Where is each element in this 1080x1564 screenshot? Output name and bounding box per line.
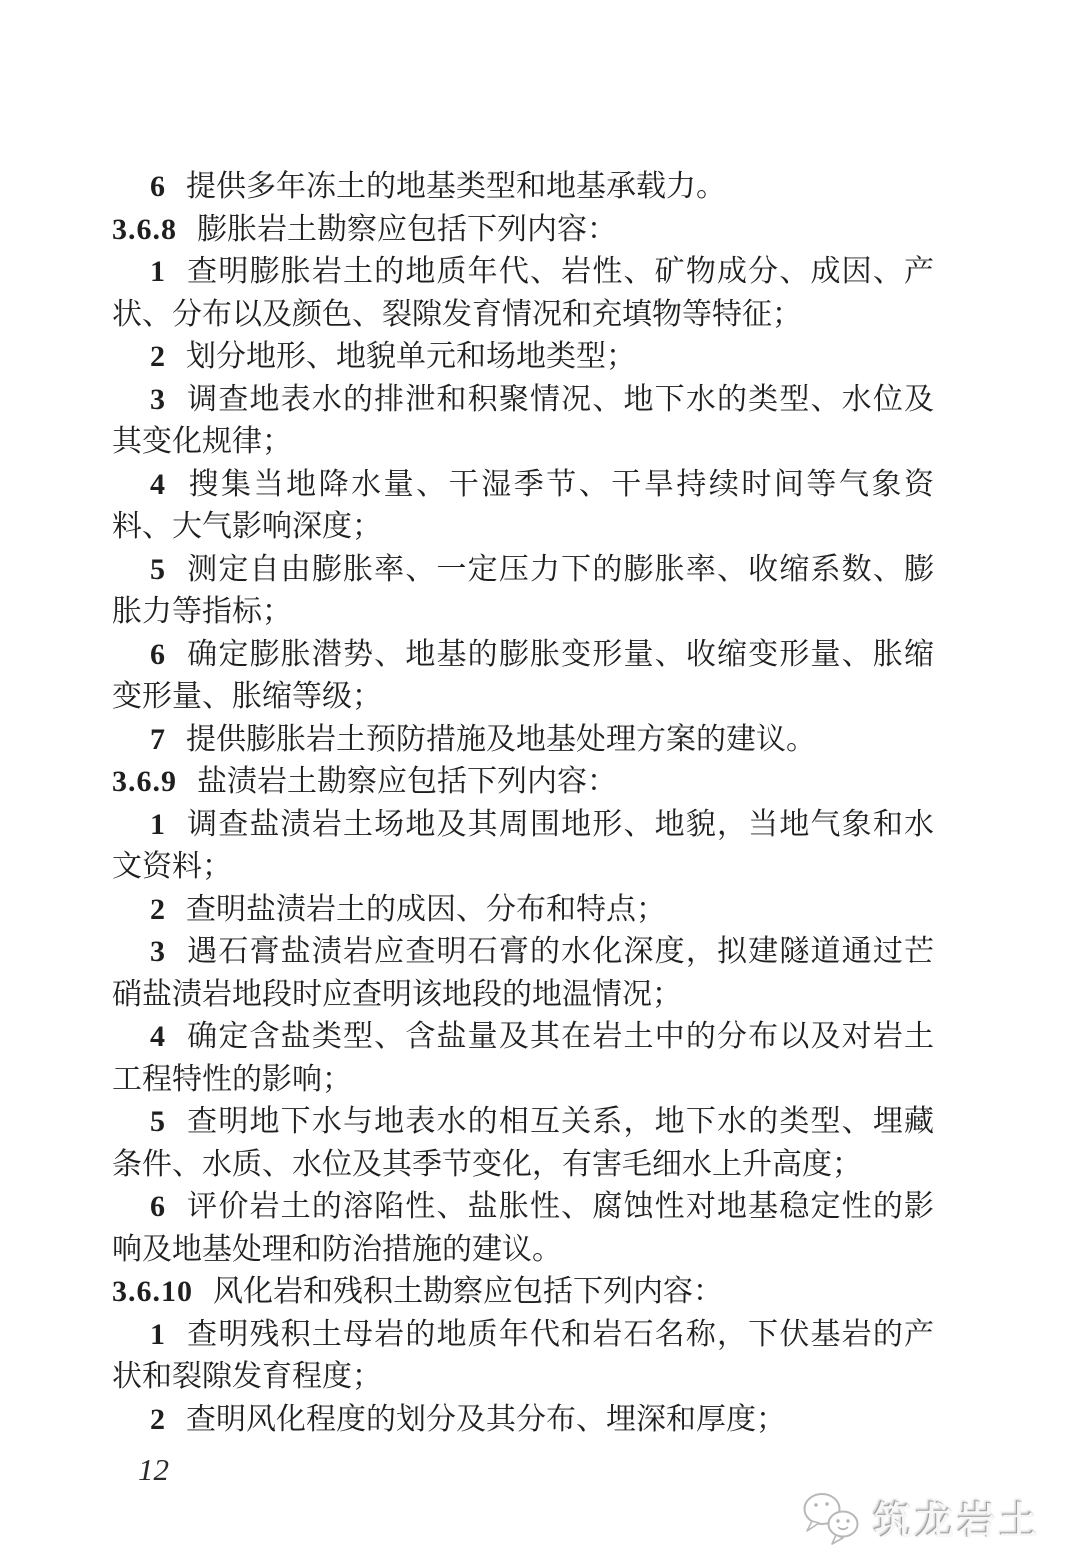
list-item: 2划分地形、地貌单元和场地类型； xyxy=(112,336,934,379)
item-number: 6 xyxy=(150,1190,166,1223)
page-number: 12 xyxy=(138,1452,169,1488)
watermark: 筑龙岩土 xyxy=(798,1488,1042,1546)
paragraph-text: 确定膨胀潜势、地基的膨胀变形量、收缩变形量、胀缩变形量、胀缩等级； xyxy=(112,638,934,714)
list-item: 6确定膨胀潜势、地基的膨胀变形量、收缩变形量、胀缩变形量、胀缩等级； xyxy=(112,634,934,719)
item-number: 5 xyxy=(150,553,166,586)
paragraph-text: 查明地下水与地表水的相互关系，地下水的类型、埋藏条件、水质、水位及其季节变化，有… xyxy=(112,1105,934,1181)
item-number: 1 xyxy=(150,1318,166,1351)
section-heading: 3.6.10风化岩和残积土勘察应包括下列内容： xyxy=(112,1271,934,1314)
paragraph-text: 膨胀岩土勘察应包括下列内容： xyxy=(197,213,617,246)
list-item: 1调查盐渍岩土场地及其周围地形、地貌，当地气象和水文资料； xyxy=(112,804,934,889)
paragraph-text: 确定含盐类型、含盐量及其在岩土中的分布以及对岩土工程特性的影响； xyxy=(112,1020,934,1096)
list-item: 7提供膨胀岩土预防措施及地基处理方案的建议。 xyxy=(112,719,934,762)
paragraph-text: 盐渍岩土勘察应包括下列内容： xyxy=(197,765,617,798)
paragraph-text: 调查盐渍岩土场地及其周围地形、地貌，当地气象和水文资料； xyxy=(112,808,934,884)
list-item: 1查明膨胀岩土的地质年代、岩性、矿物成分、成因、产状、分布以及颜色、裂隙发育情况… xyxy=(112,251,934,336)
list-item: 6提供多年冻土的地基类型和地基承载力。 xyxy=(112,166,934,209)
item-number: 7 xyxy=(150,723,166,756)
item-number: 3 xyxy=(150,935,166,968)
item-number: 5 xyxy=(150,1105,166,1138)
section-number: 3.6.8 xyxy=(112,213,177,246)
section-heading: 3.6.8膨胀岩土勘察应包括下列内容： xyxy=(112,209,934,252)
paragraph-text: 遇石膏盐渍岩应查明石膏的水化深度，拟建隧道通过芒硝盐渍岩地段时应查明该地段的地温… xyxy=(112,935,934,1011)
list-item: 2查明风化程度的划分及其分布、埋深和厚度； xyxy=(112,1399,934,1442)
section-heading: 3.6.9盐渍岩土勘察应包括下列内容： xyxy=(112,761,934,804)
list-item: 2查明盐渍岩土的成因、分布和特点； xyxy=(112,889,934,932)
paragraph-text: 搜集当地降水量、干湿季节、干旱持续时间等气象资料、大气影响深度； xyxy=(112,468,934,544)
paragraph-text: 查明膨胀岩土的地质年代、岩性、矿物成分、成因、产状、分布以及颜色、裂隙发育情况和… xyxy=(112,255,934,331)
list-item: 3遇石膏盐渍岩应查明石膏的水化深度，拟建隧道通过芒硝盐渍岩地段时应查明该地段的地… xyxy=(112,931,934,1016)
paragraph-text: 提供多年冻土的地基类型和地基承载力。 xyxy=(186,170,726,203)
paragraph-text: 风化岩和残积土勘察应包括下列内容： xyxy=(213,1275,723,1308)
chat-bubbles-icon xyxy=(798,1488,866,1546)
item-number: 4 xyxy=(150,1020,166,1053)
item-number: 6 xyxy=(150,170,166,203)
section-number: 3.6.9 xyxy=(112,765,177,798)
item-number: 3 xyxy=(150,383,166,416)
document-body: 6提供多年冻土的地基类型和地基承载力。3.6.8膨胀岩土勘察应包括下列内容：1查… xyxy=(112,166,934,1441)
watermark-label: 筑龙岩土 xyxy=(874,1490,1042,1545)
item-number: 4 xyxy=(150,468,166,501)
list-item: 6评价岩土的溶陷性、盐胀性、腐蚀性对地基稳定性的影响及地基处理和防治措施的建议。 xyxy=(112,1186,934,1271)
paragraph-text: 查明残积土母岩的地质年代和岩石名称，下伏基岩的产状和裂隙发育程度； xyxy=(112,1318,934,1394)
document-page: 6提供多年冻土的地基类型和地基承载力。3.6.8膨胀岩土勘察应包括下列内容：1查… xyxy=(0,0,1080,1564)
list-item: 4确定含盐类型、含盐量及其在岩土中的分布以及对岩土工程特性的影响； xyxy=(112,1016,934,1101)
paragraph-text: 查明风化程度的划分及其分布、埋深和厚度； xyxy=(186,1403,786,1436)
item-number: 2 xyxy=(150,893,166,926)
paragraph-text: 评价岩土的溶陷性、盐胀性、腐蚀性对地基稳定性的影响及地基处理和防治措施的建议。 xyxy=(112,1190,934,1266)
item-number: 6 xyxy=(150,638,166,671)
paragraph-text: 调查地表水的排泄和积聚情况、地下水的类型、水位及其变化规律； xyxy=(112,383,934,459)
paragraph-text: 划分地形、地貌单元和场地类型； xyxy=(186,340,636,373)
item-number: 2 xyxy=(150,340,166,373)
item-number: 1 xyxy=(150,808,166,841)
list-item: 4搜集当地降水量、干湿季节、干旱持续时间等气象资料、大气影响深度； xyxy=(112,464,934,549)
item-number: 1 xyxy=(150,255,166,288)
paragraph-text: 测定自由膨胀率、一定压力下的膨胀率、收缩系数、膨胀力等指标； xyxy=(112,553,934,629)
paragraph-text: 查明盐渍岩土的成因、分布和特点； xyxy=(186,893,666,926)
list-item: 1查明残积土母岩的地质年代和岩石名称，下伏基岩的产状和裂隙发育程度； xyxy=(112,1314,934,1399)
paragraph-text: 提供膨胀岩土预防措施及地基处理方案的建议。 xyxy=(186,723,816,756)
list-item: 5测定自由膨胀率、一定压力下的膨胀率、收缩系数、膨胀力等指标； xyxy=(112,549,934,634)
list-item: 3调查地表水的排泄和积聚情况、地下水的类型、水位及其变化规律； xyxy=(112,379,934,464)
list-item: 5查明地下水与地表水的相互关系，地下水的类型、埋藏条件、水质、水位及其季节变化，… xyxy=(112,1101,934,1186)
section-number: 3.6.10 xyxy=(112,1275,193,1308)
item-number: 2 xyxy=(150,1403,166,1436)
